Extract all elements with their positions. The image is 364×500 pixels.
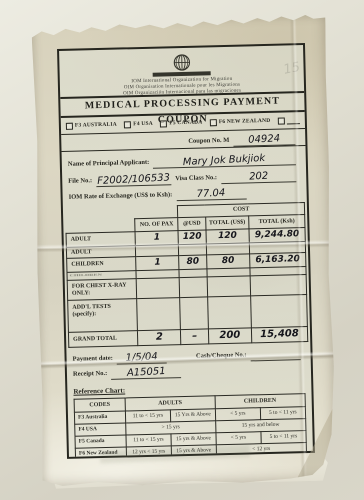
usd-value: 120 (183, 232, 202, 242)
usd-value: 80 (186, 257, 199, 267)
payment-coupon-form: IOM International Organization for Migra… (57, 43, 315, 459)
pax-cell (137, 298, 181, 331)
ref-child-range: 5 to < 11 yrs (260, 407, 305, 420)
iom-logo-icon (173, 54, 190, 71)
total-ksh-value: 15,408 (260, 328, 299, 340)
receipt-no-value: A15051 (127, 367, 166, 379)
blank-write-line (287, 117, 300, 124)
checkbox-f5-canada: F5 CANADA (160, 119, 202, 127)
coupon-no-value: 04924 (248, 134, 280, 146)
total-ksh-cell (250, 275, 307, 296)
checkbox-icon (66, 122, 73, 129)
row-label-text: CHILDREN (70, 274, 102, 279)
exchange-rate-field: 77.04 (176, 186, 246, 201)
cost-table: COST NO. OF PAX @USD TOTAL (US$) TOTAL (… (65, 202, 308, 348)
total-usd-cell: 80 (206, 254, 249, 269)
checkbox-icon (210, 119, 217, 126)
usd-value: – (192, 331, 197, 342)
ref-child-range: < 5 yrs (215, 408, 260, 421)
total-usd-value: 80 (222, 256, 235, 266)
ref-child-range: < 12 yrs (216, 443, 306, 457)
total-usd-cell (207, 276, 250, 297)
visa-class-value: 202 (249, 172, 269, 183)
col-total-usd: TOTAL (US$) (205, 216, 248, 230)
ref-adult-range: 12 yrs < 15 yrs (126, 446, 171, 459)
checkbox-f4-usa: F4 USA (124, 120, 153, 128)
total-usd-cell: 120 (206, 229, 249, 244)
payment-date-value: 1/5/04 (126, 352, 159, 364)
checkbox-label: F6 NEW ZEALAND (219, 118, 271, 125)
spacer (185, 375, 305, 378)
col-no-of-pax: NO. OF PAX (135, 218, 178, 232)
exchange-rate-label: IOM Rate of Exchange (US$ to Ksh): (69, 191, 173, 204)
checkbox-label: F3 AUSTRALIA (75, 122, 117, 129)
ref-adult-range: 15 yrs & Above (171, 433, 216, 446)
receipt-no-label: Receipt No.: (73, 370, 108, 381)
usd-cell: 120 (178, 230, 206, 245)
row-label: ADD'L TESTS (specify): (68, 299, 138, 333)
col-usd: @USD (178, 217, 206, 231)
pax-value: 1 (154, 258, 161, 268)
checkbox-label: F4 USA (133, 121, 153, 127)
org-header: IOM International Organization for Migra… (59, 45, 304, 97)
total-ksh-cell (250, 295, 307, 328)
pax-value: 2 (156, 332, 163, 343)
checkbox-icon (124, 121, 131, 128)
total-usd-value: 200 (219, 330, 240, 342)
exchange-rate-value: 77.04 (197, 189, 226, 200)
checkbox-f3-australia: F3 AUSTRALIA (66, 121, 117, 129)
usd-cell (179, 277, 207, 298)
total-ksh-cell: 6,163.20 (249, 253, 306, 268)
usd-cell: 80 (179, 255, 207, 270)
photo-background: 15 IOM International Organization for Mi… (0, 0, 364, 500)
row-label: GRAND TOTAL (68, 331, 138, 348)
total-ksh-value: 6,163.20 (255, 254, 300, 265)
checkbox-f6-new-zealand: F6 NEW ZEALAND (210, 117, 271, 125)
total-ksh-value: 9,244.80 (255, 229, 300, 240)
paper-document: 15 IOM International Organization for Mi… (31, 14, 336, 487)
pax-cell: 2 (138, 330, 181, 346)
checkbox-icon (160, 120, 167, 127)
ref-adult-range: 11 to < 15 yrs (125, 410, 170, 423)
usd-cell: – (181, 329, 209, 345)
receipt-no-field: A15051 (111, 365, 181, 380)
total-ksh-cell: 9,244.80 (249, 228, 306, 243)
checkbox-other (278, 117, 300, 125)
ref-code: F6 New Zealand (75, 447, 126, 459)
ref-col-codes: CODES (74, 398, 125, 412)
coupon-no-label: Coupon No. M (188, 137, 229, 148)
cheque-no-field (250, 347, 300, 361)
pax-value: 1 (154, 233, 161, 243)
total-usd-cell (207, 296, 251, 329)
checkbox-label: F5 CANADA (169, 120, 202, 127)
payment-date-field: 1/5/04 (117, 350, 167, 364)
row-label: FOR CHEST X-RAY ONLY: (67, 279, 137, 301)
ref-adult-range: 11 to < 15 yrs (126, 434, 171, 447)
ref-child-range: < 5 yrs (216, 432, 261, 445)
pax-cell: 1 (136, 256, 179, 271)
usd-cell (180, 297, 208, 330)
ref-adult-range: 15 Yrs & Above (170, 409, 215, 422)
total-ksh-cell: 15,408 (251, 327, 308, 343)
reference-chart-table: CODES ADULTS CHILDREN F3 Australia 11 to… (74, 393, 307, 459)
usd-cell (179, 244, 207, 256)
total-usd-cell: 200 (208, 328, 251, 344)
pax-cell: 1 (135, 231, 178, 246)
total-usd-value: 120 (218, 231, 237, 241)
checkbox-icon (278, 117, 285, 124)
logo-underline-bar (153, 71, 211, 76)
ref-child-range: 5 to < 11 yrs (261, 431, 306, 444)
pax-cell (136, 278, 179, 299)
coupon-no-field: 04924 (233, 132, 295, 147)
file-no-label: File No.: (68, 177, 92, 188)
ref-adult-range: 15 yrs & Above (171, 445, 216, 458)
